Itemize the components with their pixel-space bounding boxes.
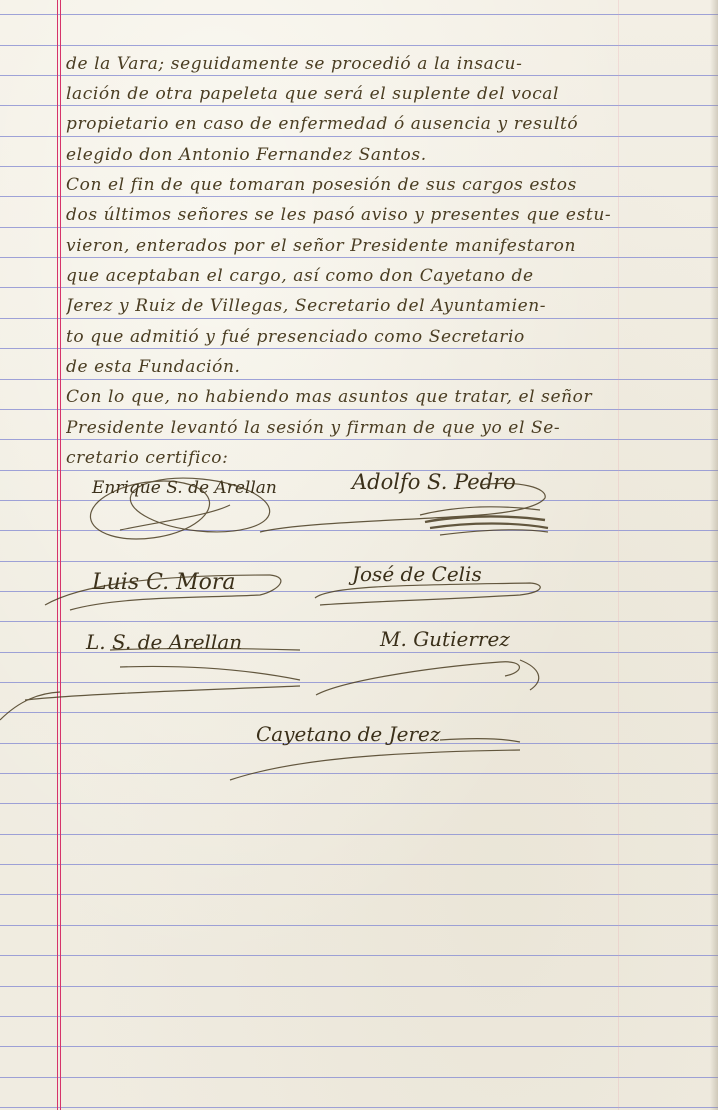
signature: Adolfo S. Pedro — [352, 470, 516, 494]
signature: L. S. de Arellan — [86, 630, 242, 654]
body-line: cretario certifico: — [66, 447, 696, 471]
ruled-line — [0, 621, 718, 622]
margin-line-right — [60, 0, 61, 1110]
ruled-line — [0, 530, 718, 531]
body-line: lación de otra papeleta que será el supl… — [66, 83, 696, 107]
ruled-paper-page: de la Vara; seguidamente se procedió a l… — [0, 0, 718, 1110]
ruled-line — [0, 45, 718, 46]
body-line: Jerez y Ruiz de Villegas, Secretario del… — [66, 295, 696, 319]
body-line: Con lo que, no habiendo mas asuntos que … — [66, 386, 696, 410]
ruled-line — [0, 682, 718, 683]
ruled-line — [0, 955, 718, 956]
ruled-line — [0, 773, 718, 774]
ruled-line — [0, 925, 718, 926]
ruled-line — [0, 986, 718, 987]
body-line: to que admitió y fué presenciado como Se… — [66, 326, 696, 350]
signature: M. Gutierrez — [380, 627, 510, 651]
ruled-line — [0, 803, 718, 804]
body-line: propietario en caso de enfermedad ó ause… — [66, 113, 696, 137]
signature: Enrique S. de Arellan — [92, 478, 277, 498]
signature: Luis C. Mora — [92, 570, 236, 595]
signature: José de Celis — [352, 562, 482, 586]
ruled-line — [0, 834, 718, 835]
ruled-line — [0, 1107, 718, 1108]
ruled-line — [0, 864, 718, 865]
ruled-line — [0, 1046, 718, 1047]
signature: Cayetano de Jerez — [256, 722, 440, 746]
body-line: de esta Fundación. — [66, 356, 696, 380]
page-edge-shadow — [710, 0, 718, 1110]
body-line: Con el fin de que tomaran posesión de su… — [66, 174, 696, 198]
body-line: elegido don Antonio Fernandez Santos. — [66, 144, 696, 168]
ruled-line — [0, 894, 718, 895]
margin-line-left — [57, 0, 58, 1110]
body-line: Presidente levantó la sesión y firman de… — [66, 417, 696, 441]
body-line: dos últimos señores se les pasó aviso y … — [66, 204, 696, 228]
ruled-line — [0, 1077, 718, 1078]
body-line: que aceptaban el cargo, así como don Cay… — [66, 265, 696, 289]
ruled-line — [0, 14, 718, 15]
ruled-line — [0, 712, 718, 713]
body-line: de la Vara; seguidamente se procedió a l… — [66, 53, 696, 77]
ruled-line — [0, 1016, 718, 1017]
ruled-line — [0, 500, 718, 501]
body-line: vieron, enterados por el señor President… — [66, 235, 696, 259]
